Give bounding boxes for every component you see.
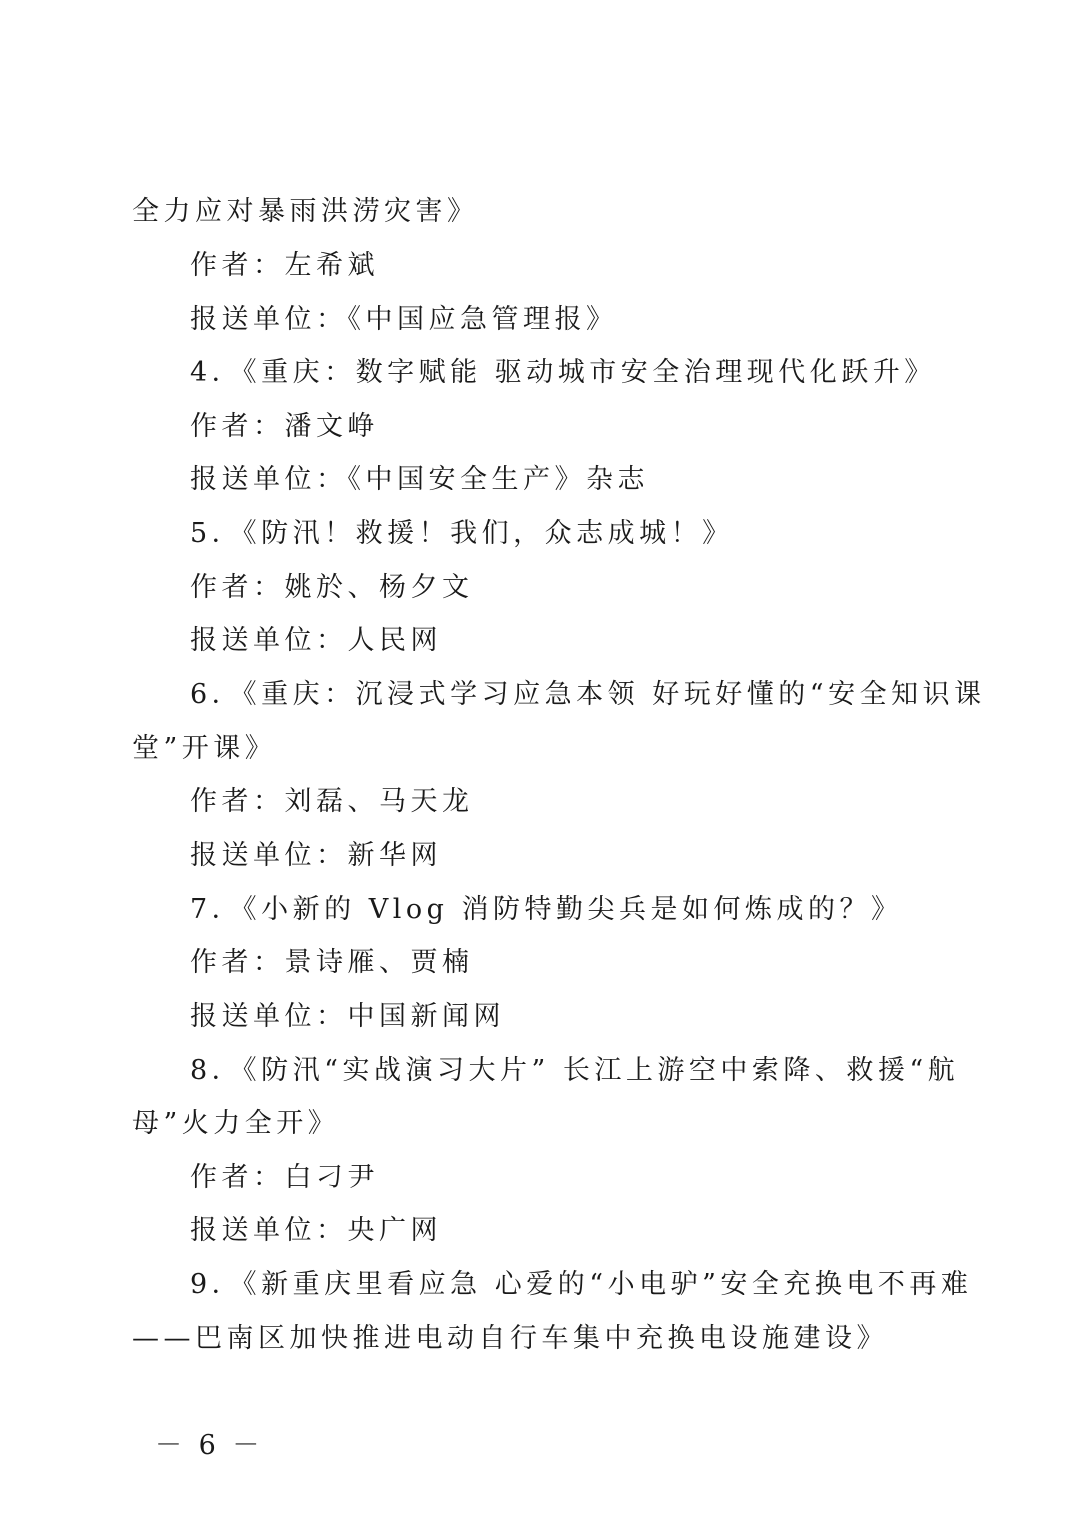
page-number: － 6 －: [155, 1423, 263, 1462]
item-3-author: 作者：左希斌: [190, 250, 379, 282]
item-7-author: 作者：景诗雁、贾楠: [190, 947, 474, 979]
item-4-submitter: 报送单位：《中国安全生产》杂志: [190, 464, 649, 496]
item-9-title: 9．《新重庆里看应急 心爱的“小电驴”安全充换电不再难: [190, 1269, 972, 1301]
item-6-submitter: 报送单位：新华网: [190, 840, 442, 872]
item-7-title: 7．《小新的 Vlog 消防特勤尖兵是如何炼成的？》: [190, 894, 903, 926]
item-7-submitter: 报送单位：中国新闻网: [190, 1001, 505, 1033]
item-3-title-continued: 全力应对暴雨洪涝灾害》: [132, 196, 479, 228]
item-6-author: 作者：刘磊、马天龙: [190, 786, 474, 818]
document-page: 全力应对暴雨洪涝灾害》 作者：左希斌 报送单位：《中国应急管理报》 4．《重庆：…: [0, 0, 1074, 1520]
item-8-title: 8．《防汛“实战演习大片” 长江上游空中索降、救援“航: [190, 1055, 959, 1087]
item-9-title-continued: ——巴南区加快推进电动自行车集中充换电设施建设》: [132, 1323, 888, 1355]
item-5-submitter: 报送单位：人民网: [190, 625, 442, 657]
item-4-title: 4．《重庆：数字赋能 驱动城市安全治理现代化跃升》: [190, 357, 936, 389]
item-5-author: 作者：姚於、杨夕文: [190, 572, 474, 604]
item-3-submitter: 报送单位：《中国应急管理报》: [190, 304, 618, 336]
item-6-title: 6．《重庆：沉浸式学习应急本领 好玩好懂的“安全知识课: [190, 679, 986, 711]
item-8-submitter: 报送单位：央广网: [190, 1215, 442, 1247]
item-8-title-continued: 母”火力全开》: [132, 1108, 339, 1140]
item-6-title-continued: 堂”开课》: [132, 733, 276, 765]
item-4-author: 作者：潘文峥: [190, 411, 379, 443]
item-8-author: 作者：白刁尹: [190, 1162, 379, 1194]
item-5-title: 5．《防汛！救援！我们，众志成城！》: [190, 518, 734, 550]
